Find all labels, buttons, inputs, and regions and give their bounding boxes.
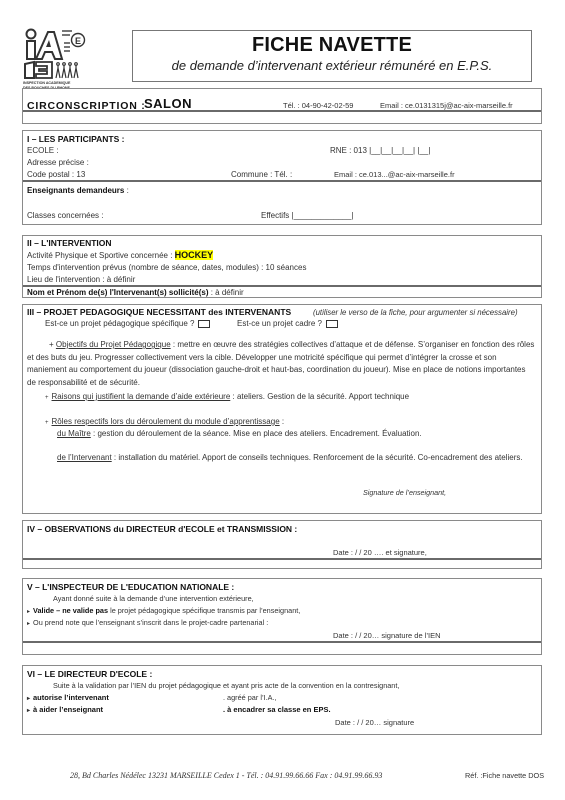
effectifs-field[interactable]: Effectifs |_____________| (261, 211, 354, 220)
section-participants: I – LES PARTICIPANTS : ECOLE : RNE : 013… (22, 130, 542, 225)
section-title: IV – OBSERVATIONS du DIRECTEUR d'ECOLE e… (27, 524, 297, 534)
divider (23, 285, 541, 287)
valide-line[interactable]: ▸Valide – ne valide pas le projet pédago… (27, 606, 300, 615)
section-title: II – L'INTERVENTION (27, 238, 112, 248)
cadre-checkbox[interactable] (326, 320, 338, 328)
divider (23, 180, 541, 182)
adresse-field[interactable]: Adresse précise : (27, 158, 89, 167)
objectifs-paragraph: + Objectifs du Projet Pédagogique : mett… (27, 339, 535, 389)
intervenant-paragraph: de l’Intervenant : installation du matér… (27, 452, 535, 465)
signature-enseignant: Signature de l’enseignant, (363, 488, 446, 497)
lieu-field[interactable]: Lieu de l'intervention : à définir (27, 275, 135, 284)
inspecteur-intro: Ayant donné suite à la demande d’une int… (53, 594, 254, 603)
date-signature-line[interactable]: Date : / / 20… signature de l’IEN (333, 631, 441, 640)
aps-value-highlight: HOCKEY (175, 250, 214, 260)
temps-field[interactable]: Temps d'intervention prévus (nombre de s… (27, 263, 306, 272)
code-postal-field[interactable]: Code postal : 13 (27, 170, 85, 179)
section-title: VI – LE DIRECTEUR D'ECOLE : (27, 669, 152, 679)
section-note: (utiliser le verso de la fiche, pour arg… (313, 308, 518, 317)
date-signature-line[interactable]: Date : / / 20 …. et signature, (333, 548, 427, 557)
circonscription-value: SALON (144, 96, 192, 111)
title-box: FICHE NAVETTE de demande d’intervenant e… (132, 30, 532, 82)
specifique-checkbox[interactable] (198, 320, 210, 328)
aider-line[interactable]: ▸à aider l’enseignant (27, 705, 103, 714)
section-title: III – PROJET PEDAGOGIQUE NECESSITANT des… (27, 307, 291, 317)
section-intervention: II – L'INTERVENTION Activité Physique et… (22, 235, 542, 298)
section-title: V – L'INSPECTEUR DE L'EDUCATION NATIONAL… (27, 582, 234, 592)
ia13-logo-icon: E INSPECTION ACADEMIQUE DES BOUCHES-DU-R… (22, 28, 92, 90)
page-subtitle: de demande d’intervenant extérieur rémun… (133, 58, 531, 73)
section-inspecteur: V – L'INSPECTEUR DE L'EDUCATION NATIONAL… (22, 578, 542, 655)
section-directeur-ecole: VI – LE DIRECTEUR D'ECOLE : Suite à la v… (22, 665, 542, 735)
ecole-field[interactable]: ECOLE : (27, 146, 59, 155)
date-signature-line[interactable]: Date : / / 20… signature (335, 718, 414, 727)
classes-field[interactable]: Classes concernées : (27, 211, 103, 220)
intervenant-name-field[interactable]: Nom et Prénom de(s) l'Intervenant(s) sol… (27, 288, 244, 297)
circonscription-tel: Tél. : 04-90-42-02-59 (283, 101, 353, 110)
inspection-academique-logo: E INSPECTION ACADEMIQUE DES BOUCHES-DU-R… (22, 28, 92, 90)
aps-field[interactable]: Activité Physique et Sportive concernée … (27, 250, 213, 260)
autorise-line[interactable]: ▸autorise l’intervenant (27, 693, 109, 702)
directeur-intro: Suite à la validation par l’IEN du proje… (53, 681, 399, 690)
ou-prend-note-line[interactable]: ▸Ou prend note que l’enseignant s’inscri… (27, 618, 268, 627)
circonscription-box: CIRCONSCRIPTION : SALON Tél. : 04-90-42-… (22, 88, 542, 124)
commune-tel-field[interactable]: Commune : Tél. : (231, 170, 292, 179)
enseignants-field[interactable]: Enseignants demandeurs : (27, 186, 129, 195)
section-title: I – LES PARTICIPANTS : (27, 134, 124, 144)
agree-text: . agréé par l’I.A., (223, 693, 277, 702)
raisons-paragraph: +Raisons qui justifient la demande d’aid… (45, 391, 535, 405)
footer-reference: Réf. :Fiche navette DOS (465, 771, 544, 780)
section-projet-pedagogique: III – PROJET PEDAGOGIQUE NECESSITANT des… (22, 304, 542, 514)
divider (23, 558, 541, 560)
encadrer-text: . à encadrer sa classe en EPS. (223, 705, 331, 714)
question-specifique: Est-ce un projet pédagogique spécifique … (45, 319, 210, 328)
question-cadre: Est-ce un projet cadre ? (237, 319, 338, 328)
maitre-paragraph: du Maître : gestion du déroulement de la… (57, 428, 535, 441)
section-observations-directeur: IV – OBSERVATIONS du DIRECTEUR d'ECOLE e… (22, 520, 542, 569)
divider (23, 641, 541, 643)
rne-field[interactable]: RNE : 013 |__|__|__|__| |__| (330, 146, 430, 155)
divider (23, 110, 541, 112)
ecole-email-field[interactable]: Email : ce.013...@ac-aix-marseille.fr (334, 170, 455, 179)
svg-text:E: E (75, 36, 81, 46)
circonscription-email[interactable]: Email : ce.0131315j@ac-aix-marseille.fr (380, 101, 513, 110)
footer-address: 28, Bd Charles Nédélec 13231 MARSEILLE C… (70, 771, 382, 780)
page-title: FICHE NAVETTE (133, 34, 531, 57)
svg-text:INSPECTION ACADEMIQUE: INSPECTION ACADEMIQUE (23, 81, 71, 85)
